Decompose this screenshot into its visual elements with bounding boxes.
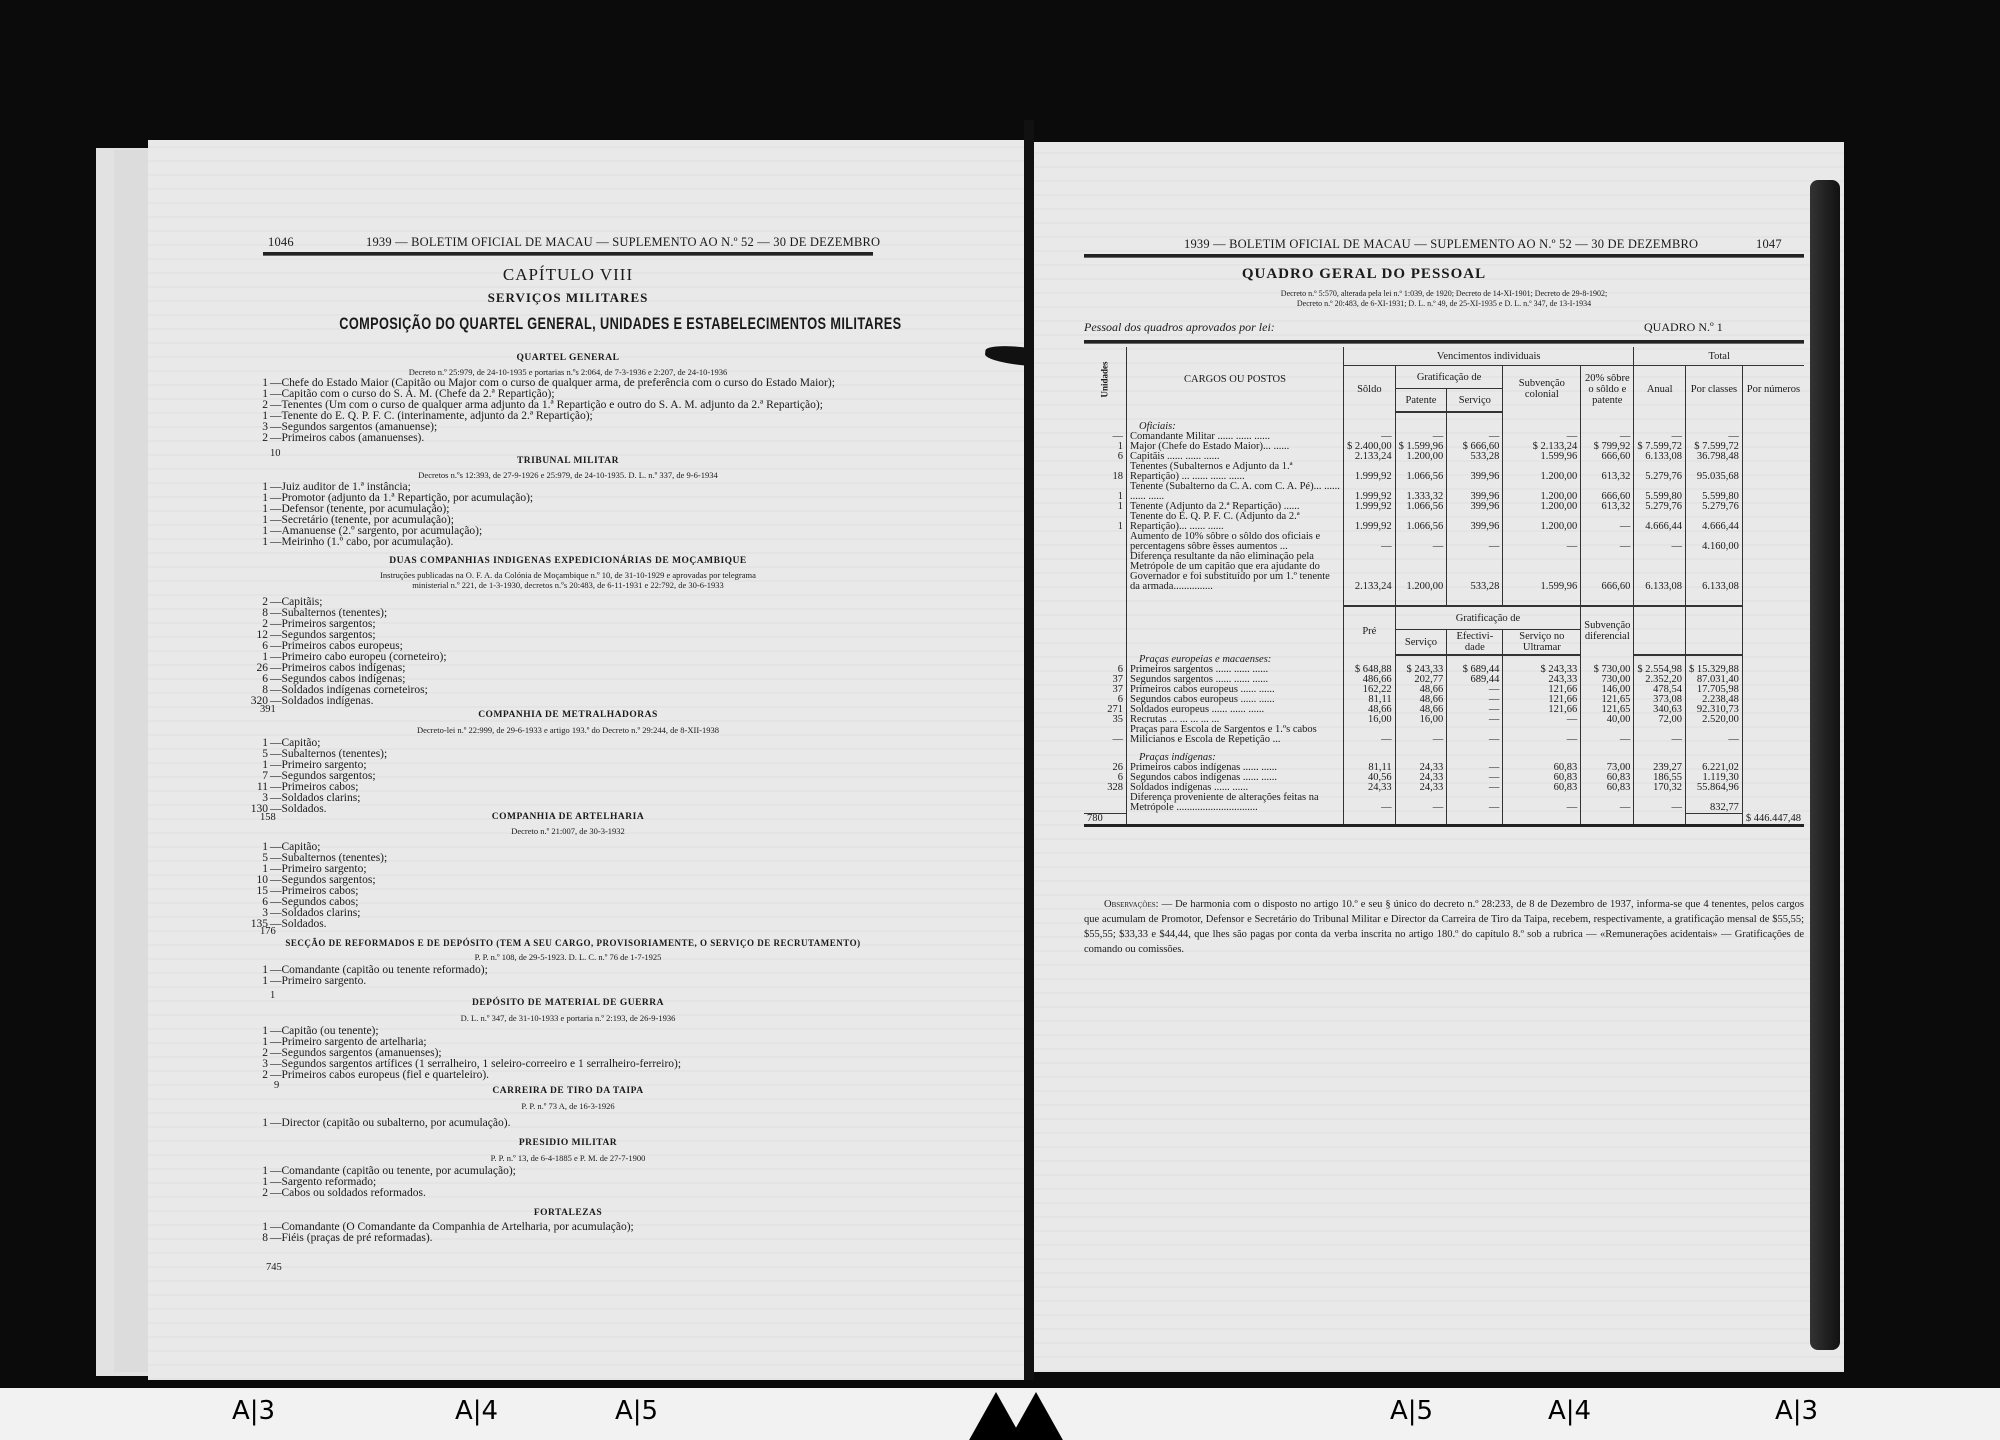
cell-value: 832,77 <box>1685 793 1742 813</box>
cell-value: — <box>1344 793 1396 813</box>
cell-cargo: Praças para Escola de Sargentos e 1.ºs c… <box>1127 725 1344 745</box>
page-number-left: 1046 <box>268 235 294 250</box>
cell-value: — <box>1447 725 1503 745</box>
table-subtitle: Pessoal dos quadros aprovados por lei: <box>1084 320 1275 335</box>
col-anual: Anual <box>1634 366 1686 413</box>
section-decree: Decreto-lei n.º 22:999, de 29-6-1933 e a… <box>263 725 873 735</box>
cell-value: 1.200,00 <box>1503 462 1581 482</box>
section-list: 1—Capitão; 5—Subalternos (tenentes); 1—P… <box>238 842 387 930</box>
cell-cargo: Diferença proveniente de alterações feit… <box>1127 793 1344 813</box>
cell-value: 16,00 <box>1344 715 1396 725</box>
cell-value: 4.666,44 <box>1634 512 1686 532</box>
cell-value: 613,32 <box>1581 462 1634 482</box>
section-subtitle: SERVIÇOS MILITARES <box>263 290 873 306</box>
list-item: 8—Fiéis (praças de pré reformadas). <box>238 1233 634 1244</box>
section-decree: P. P. n.º 108, de 29-5-1923. D. L. C. n.… <box>263 952 873 962</box>
cell-unidades: 328 <box>1084 783 1127 793</box>
cell-value: — <box>1581 725 1634 745</box>
cell-value: 5.279,76 <box>1685 502 1742 512</box>
cell-value: 5.279,76 <box>1634 462 1686 482</box>
section-decree: Instruções publicadas na O. F. A. da Col… <box>263 570 873 580</box>
observacoes-paragraph: Observações: — De harmonia com o dispost… <box>1084 897 1804 957</box>
cell-unidades: 1 <box>1084 482 1127 502</box>
section-title: QUARTEL GENERAL <box>263 353 873 363</box>
running-head-left: 1939 — BOLETIM OFICIAL DE MACAU — SUPLEM… <box>366 235 880 250</box>
film-mark: A|3 <box>1775 1396 1818 1426</box>
section-list: 1—Comandante (capitão ou tenente, por ac… <box>238 1166 516 1199</box>
running-head-right: 1939 — BOLETIM OFICIAL DE MACAU — SUPLEM… <box>1184 237 1698 252</box>
cell-value: — <box>1447 783 1503 793</box>
col-efectividade: Efectivi-dade <box>1447 630 1503 656</box>
cell-value: 55.864,96 <box>1685 783 1742 793</box>
section-decree: Decreto n.º 21:007, de 30-3-1932 <box>263 826 873 836</box>
cell-value: 6.133,08 <box>1634 552 1686 592</box>
cell-unidades: 6 <box>1084 452 1127 462</box>
col-pct: 20% sôbre o sôldo e patente <box>1581 366 1634 413</box>
cell-unidades: 1 <box>1084 502 1127 512</box>
cell-value: 2.520,00 <box>1685 715 1742 725</box>
observacoes-label: Observações: <box>1084 899 1159 910</box>
list-item: 1—Director (capitão ou subalterno, por a… <box>238 1118 510 1129</box>
subheader-pracas: Pré Gratificação de Subvenção diferencia… <box>1084 592 1804 655</box>
cell-value: 5.279,76 <box>1634 502 1686 512</box>
section-title: DUAS COMPANHIAS INDIGENAS EXPEDICIONÁRIA… <box>263 556 873 566</box>
cell-value: 1.999,92 <box>1344 482 1396 502</box>
cell-value: 666,60 <box>1581 552 1634 592</box>
right-page: 1939 — BOLETIM OFICIAL DE MACAU — SUPLEM… <box>1034 142 1844 1372</box>
list-item: 2—Cabos ou soldados reformados. <box>238 1188 516 1199</box>
rows-europeias: Praças europeias e macaenses: 6Primeiros… <box>1084 655 1804 745</box>
col-servico: Serviço <box>1447 389 1503 413</box>
cell-value: 613,32 <box>1581 502 1634 512</box>
section-decree: D. L. n.º 347, de 31-10-1933 e portaria … <box>263 1013 873 1023</box>
cell-value: — <box>1503 793 1581 813</box>
cell-value: — <box>1395 532 1447 552</box>
cell-value: 1.066,56 <box>1395 462 1447 482</box>
cell-cargo: Tenente do E. Q. P. F. C. (Adjunto da 2.… <box>1127 512 1344 532</box>
cell-value: 399,96 <box>1447 462 1503 482</box>
section-list: 1—Comandante (capitão ou tenente reforma… <box>238 965 488 987</box>
cell-value: 36.798,48 <box>1685 452 1742 462</box>
col-subvencao-diferencial: Subvenção diferencial <box>1581 606 1634 655</box>
section-decree: ministerial n.º 221, de 1-3-1930, decret… <box>263 580 873 590</box>
section-list: 1—Capitão (ou tenente); 1—Primeiro sarge… <box>238 1026 681 1081</box>
cell-value: 24,33 <box>1395 783 1447 793</box>
col-cargos: CARGOS OU POSTOS <box>1127 347 1344 412</box>
table-row: Diferença resultante da não eliminação p… <box>1084 552 1804 592</box>
cell-value: 533,28 <box>1447 452 1503 462</box>
table-row: —Praças para Escola de Sargentos e 1.ºs … <box>1084 725 1804 745</box>
list-item: 2—Primeiros cabos (amanuenses). <box>238 433 835 444</box>
section-decree: Decretos n.ºs 12:393, de 27-9-1926 e 25:… <box>263 470 873 480</box>
cell-unidades: — <box>1084 725 1127 745</box>
quadro-label: QUADRO N.º 1 <box>1644 320 1723 335</box>
cell-value: 1.200,00 <box>1503 502 1581 512</box>
cell-value: — <box>1447 793 1503 813</box>
page-edge-shadow <box>1810 180 1840 1350</box>
cell-value: — <box>1581 512 1634 532</box>
film-mark: A|4 <box>455 1396 498 1426</box>
cell-value: 16,00 <box>1395 715 1447 725</box>
cell-value: 4.160,00 <box>1685 532 1742 552</box>
cell-value: 40,00 <box>1581 715 1634 725</box>
cell-value: 6.133,08 <box>1685 552 1742 592</box>
cell-value: 1.200,00 <box>1395 452 1447 462</box>
rows-indigenas: Praças indígenas: 26Primeiros cabos indí… <box>1084 745 1804 813</box>
cell-unidades <box>1084 552 1127 592</box>
section-title: DEPÓSITO DE MATERIAL DE GUERRA <box>263 998 873 1008</box>
group-label: Praças indígenas: <box>1127 745 1344 763</box>
grand-total: $ 446.447,48 <box>1742 813 1804 825</box>
cell-value: 2.133,24 <box>1344 452 1396 462</box>
group-label: Oficiais: <box>1127 412 1344 432</box>
cell-value: — <box>1344 532 1396 552</box>
section-decree: Decreto n.º 25:979, de 24-10-1935 e port… <box>263 367 873 377</box>
section-list: 1—Comandante (O Comandante da Companhia … <box>238 1222 634 1244</box>
film-mark: A|5 <box>1390 1396 1433 1426</box>
list-item: 1—Primeiro sargento. <box>238 976 488 987</box>
table-row: 1Tenente (Subalterno da C. A. com C. A. … <box>1084 482 1804 502</box>
cell-value: 1.200,00 <box>1395 552 1447 592</box>
section-title: SECÇÃO DE REFORMADOS E DE DEPÓSITO (TEM … <box>258 938 888 948</box>
cell-unidades <box>1084 793 1127 813</box>
cell-cargo: Tenentes (Subalternos e Adjunto da 1.ª R… <box>1127 462 1344 482</box>
cell-value: — <box>1447 715 1503 725</box>
section-list: 1—Director (capitão ou subalterno, por a… <box>238 1118 510 1129</box>
cell-value: — <box>1503 532 1581 552</box>
cell-value: 1.599,96 <box>1503 552 1581 592</box>
cell-value: 5.599,80 <box>1634 482 1686 502</box>
cell-unidades: 18 <box>1084 462 1127 482</box>
cell-value: — <box>1395 725 1447 745</box>
list-item: 1—Meirinho (1.º cabo, por acumulação). <box>238 537 533 548</box>
cell-value: — <box>1503 725 1581 745</box>
cell-value: — <box>1634 725 1686 745</box>
cell-value: — <box>1685 725 1742 745</box>
page-title: COMPOSIÇÃO DO QUARTEL GENERAL, UNIDADES … <box>339 314 797 334</box>
cell-value: — <box>1581 532 1634 552</box>
cell-value: 1.200,00 <box>1503 482 1581 502</box>
page-number-right: 1047 <box>1756 237 1782 252</box>
cell-value: 399,96 <box>1447 502 1503 512</box>
col-por-numeros: Por números <box>1742 366 1804 413</box>
rows-oficiais: Oficiais: —Comandante Militar ...... ...… <box>1084 412 1804 592</box>
col-servico2: Serviço <box>1395 630 1447 656</box>
section-list: 1—Capitão; 5—Subalternos (tenentes); 1—P… <box>238 738 387 815</box>
total-unidades: 780 <box>1084 813 1127 825</box>
cell-value: 1.066,56 <box>1395 502 1447 512</box>
cell-value: 72,00 <box>1634 715 1686 725</box>
cell-value: 399,96 <box>1447 482 1503 502</box>
cell-value: 6.133,08 <box>1634 452 1686 462</box>
section-list: 1—Juiz auditor de 1.ª instância; 1—Promo… <box>238 482 533 548</box>
film-mark: A|4 <box>1548 1396 1591 1426</box>
col-gratificacao-de: Gratificação de <box>1395 606 1581 630</box>
col-gratificacao: Gratificação de <box>1395 366 1503 389</box>
section-list: 1—Chefe do Estado Maior (Capitão ou Majo… <box>238 378 835 444</box>
section-title: CARREIRA DE TIRO DA TAIPA <box>263 1086 873 1096</box>
col-por-classes: Por classes <box>1685 366 1742 413</box>
cell-unidades: 1 <box>1084 512 1127 532</box>
table-row: 1Tenente do E. Q. P. F. C. (Adjunto da 2… <box>1084 512 1804 532</box>
col-total: Total <box>1634 347 1804 366</box>
cell-unidades: 35 <box>1084 715 1127 725</box>
header-rule <box>1084 254 1804 258</box>
page-title: QUADRO GERAL DO PESSOAL <box>1084 266 1644 283</box>
cell-cargo: Aumento de 10% sôbre o sôldo dos oficiai… <box>1127 532 1344 552</box>
section-decree: P. P. n.º 73 A, de 16-3-1926 <box>263 1101 873 1111</box>
cell-value: — <box>1634 793 1686 813</box>
col-vencimentos: Vencimentos individuais <box>1344 347 1634 366</box>
cell-value: 1.999,92 <box>1344 512 1396 532</box>
cell-unidades <box>1084 532 1127 552</box>
header-rule <box>263 252 873 256</box>
cell-value: 1.200,00 <box>1503 512 1581 532</box>
col-patente: Patente <box>1395 389 1447 413</box>
col-subvencao: Subvenção colonial <box>1503 366 1581 413</box>
quadro-table: Unidades CARGOS OU POSTOS Vencimentos in… <box>1084 347 1804 827</box>
section-title: FORTALEZAS <box>263 1208 873 1218</box>
section-decree: P. P. n.º 13, de 6-4-1885 e P. M. de 27-… <box>263 1153 873 1163</box>
cell-value: 24,33 <box>1344 783 1396 793</box>
left-page: 1046 1939 — BOLETIM OFICIAL DE MACAU — S… <box>148 140 1028 1380</box>
observacoes-text: — De harmonia com o disposto no artigo 1… <box>1084 899 1804 955</box>
cell-value: 60,83 <box>1503 783 1581 793</box>
table-row: 18Tenentes (Subalternos e Adjunto da 1.ª… <box>1084 462 1804 482</box>
cell-value: — <box>1634 532 1686 552</box>
film-mark: A|3 <box>232 1396 275 1426</box>
cell-cargo: Tenente (Subalterno da C. A. com C. A. P… <box>1127 482 1344 502</box>
table-top-rule <box>1084 340 1804 344</box>
cell-value: 666,60 <box>1581 452 1634 462</box>
section-title: PRESIDIO MILITAR <box>263 1138 873 1148</box>
section-total: 176 <box>260 926 276 937</box>
cell-value: 666,60 <box>1581 482 1634 502</box>
film-mark: A|5 <box>615 1396 658 1426</box>
cell-value: 1.999,92 <box>1344 462 1396 482</box>
cell-value: 95.035,68 <box>1685 462 1742 482</box>
cell-value: 60,83 <box>1581 783 1634 793</box>
section-title: COMPANHIA DE METRALHADORAS <box>263 710 873 720</box>
cell-value: — <box>1344 725 1396 745</box>
cell-value: — <box>1395 793 1447 813</box>
cell-value: — <box>1581 793 1634 813</box>
decree-line: Decreto n.º 5:570, alterada pela lei n.º… <box>1084 289 1804 298</box>
cell-value: 1.999,92 <box>1344 502 1396 512</box>
cell-value: 1.333,32 <box>1395 482 1447 502</box>
col-unidades: Unidades <box>1084 347 1127 412</box>
cell-value: 170,32 <box>1634 783 1686 793</box>
cell-value: 2.133,24 <box>1344 552 1396 592</box>
col-servico-ultramar: Serviço no Ultramar <box>1503 630 1581 656</box>
section-title: COMPANHIA DE ARTELHARIA <box>263 812 873 822</box>
chapter-heading: CAPÍTULO VIII <box>263 265 873 285</box>
cell-value: 4.666,44 <box>1685 512 1742 532</box>
cell-value: 1.066,56 <box>1395 512 1447 532</box>
film-notch <box>1008 1392 1064 1440</box>
cell-value: 1.599,96 <box>1503 452 1581 462</box>
col-pre: Pré <box>1344 606 1396 655</box>
col-soldo: Sôldo <box>1344 366 1396 413</box>
section-list: 2—Capitãis; 8—Subalternos (tenentes); 2—… <box>238 597 447 707</box>
cell-value: — <box>1447 532 1503 552</box>
grand-total: 745 <box>266 1262 282 1273</box>
section-title: TRIBUNAL MILITAR <box>263 456 873 466</box>
list-item: 2—Primeiros cabos europeus (fiel e quart… <box>238 1070 681 1081</box>
cell-cargo: Diferença resultante da não eliminação p… <box>1127 552 1344 592</box>
book-gutter <box>1024 120 1034 1380</box>
cell-value: 533,28 <box>1447 552 1503 592</box>
cell-value: — <box>1503 715 1581 725</box>
cell-value: 5.599,80 <box>1685 482 1742 502</box>
table-row: Aumento de 10% sôbre o sôldo dos oficiai… <box>1084 532 1804 552</box>
cell-value: 399,96 <box>1447 512 1503 532</box>
decree-line: Decreto n.º 20:483, de 6-XI-1931; D. L. … <box>1084 299 1804 308</box>
table-row: Diferença proveniente de alterações feit… <box>1084 793 1804 813</box>
